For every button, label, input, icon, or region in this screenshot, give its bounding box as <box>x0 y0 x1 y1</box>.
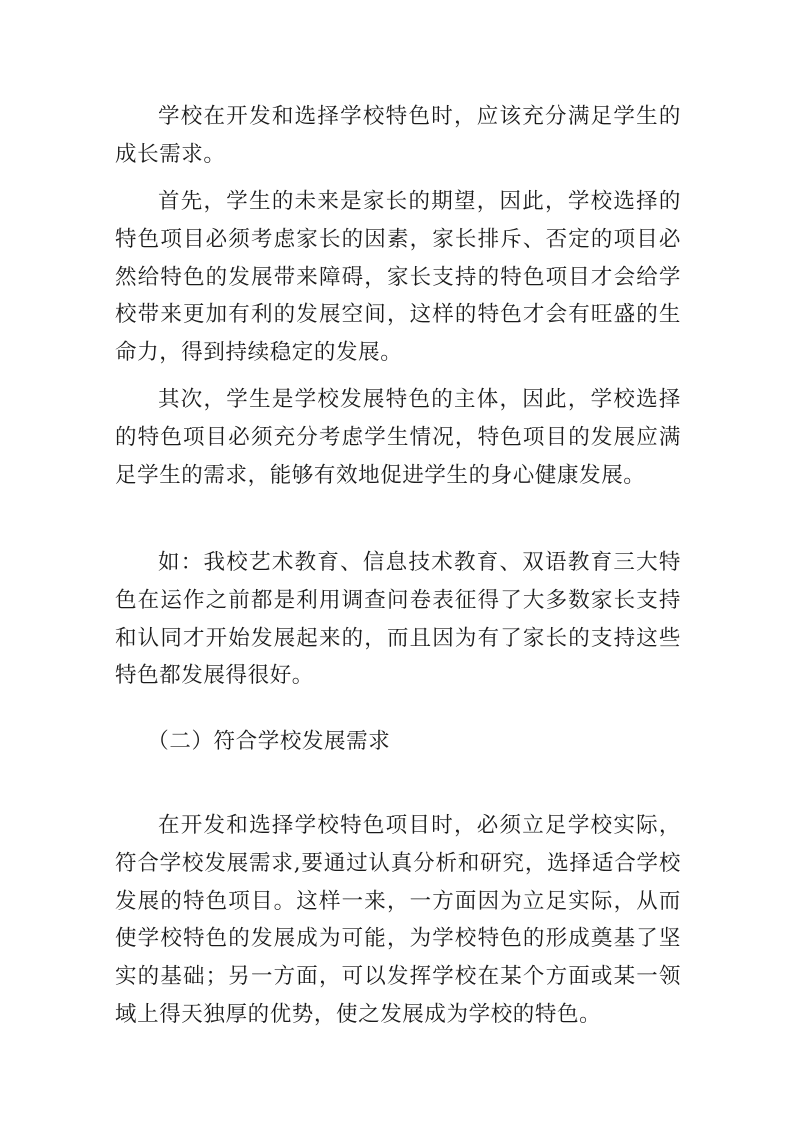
paragraph-second-students: 其次，学生是学校发展特色的主体，因此，学校选择的特色项目必须充分考虑学生情况，特… <box>115 381 681 494</box>
section-heading: （二）符合学校发展需求 <box>115 723 681 761</box>
paragraph-first-parents: 首先，学生的未来是家长的期望，因此，学校选择的特色项目必须考虑家长的因素，家长排… <box>115 183 681 372</box>
paragraph-school-needs: 在开发和选择学校特色项目时，必须立足学校实际，符合学校发展需求,要通过认真分析和… <box>115 807 681 1034</box>
paragraph-intro: 学校在开发和选择学校特色时，应该充分满足学生的成长需求。 <box>115 98 681 174</box>
paragraph-example: 如：我校艺术教育、信息技术教育、双语教育三大特色在运作之前都是利用调查问卷表征得… <box>115 544 681 695</box>
